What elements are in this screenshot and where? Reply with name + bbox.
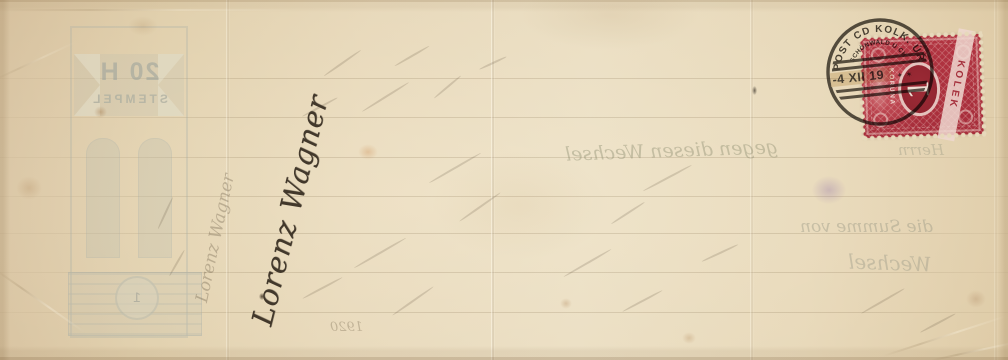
imprint-pillar — [86, 138, 120, 258]
stain — [966, 290, 986, 308]
pencil-stroke — [323, 49, 361, 77]
pencil-stroke — [861, 288, 905, 315]
pencil-stroke — [701, 244, 738, 263]
imprint-medallion: 1 — [115, 276, 159, 320]
showthrough-text: Herrn — [898, 141, 944, 159]
fold-crease — [750, 0, 754, 360]
fold-crease — [994, 0, 998, 360]
endorsement-signature: Lorenz Wagner — [243, 85, 336, 336]
pencil-stroke — [394, 45, 430, 67]
pencil-stroke — [622, 290, 663, 313]
pencil-writing: Lorenz Wagner — [189, 155, 243, 321]
corner-crease — [883, 315, 1007, 357]
stamp-imprint-showthrough: 20 H STEMPEL 1 — [70, 26, 188, 338]
pencil-stroke — [611, 201, 646, 225]
postmark: POST CD KOLK. ÚŘ SCHÖNWALD U CH -4 XII 1… — [818, 10, 941, 133]
imprint-value: 20 H — [70, 58, 188, 87]
pencil-stroke — [563, 248, 612, 277]
pencil-stroke — [302, 277, 343, 300]
pencil-stroke — [643, 164, 693, 192]
stain — [682, 332, 696, 344]
corner-crease — [0, 41, 76, 81]
purple-smudge — [812, 176, 846, 204]
pencil-stroke — [353, 237, 406, 269]
postmark-marks: ✦ ✶ — [896, 70, 913, 81]
pencil-stroke — [920, 313, 956, 334]
imprint-label: STEMPEL — [70, 92, 188, 106]
corner-crease — [0, 9, 300, 11]
pencil-stroke — [362, 82, 410, 113]
fold-crease — [491, 0, 495, 360]
showthrough-text: Wechsel — [848, 250, 932, 277]
showthrough-text: gegen diesen Wechsel — [565, 136, 779, 165]
showthrough-text: die Summe von — [800, 217, 933, 237]
document-photo: 20 H STEMPEL 1 gegen diesen Wechsel Herr… — [0, 0, 1008, 360]
stain — [560, 298, 572, 309]
imprint-pillar — [138, 138, 172, 258]
soft-patch — [520, 0, 700, 50]
showthrough-text: 1920 — [330, 320, 363, 335]
